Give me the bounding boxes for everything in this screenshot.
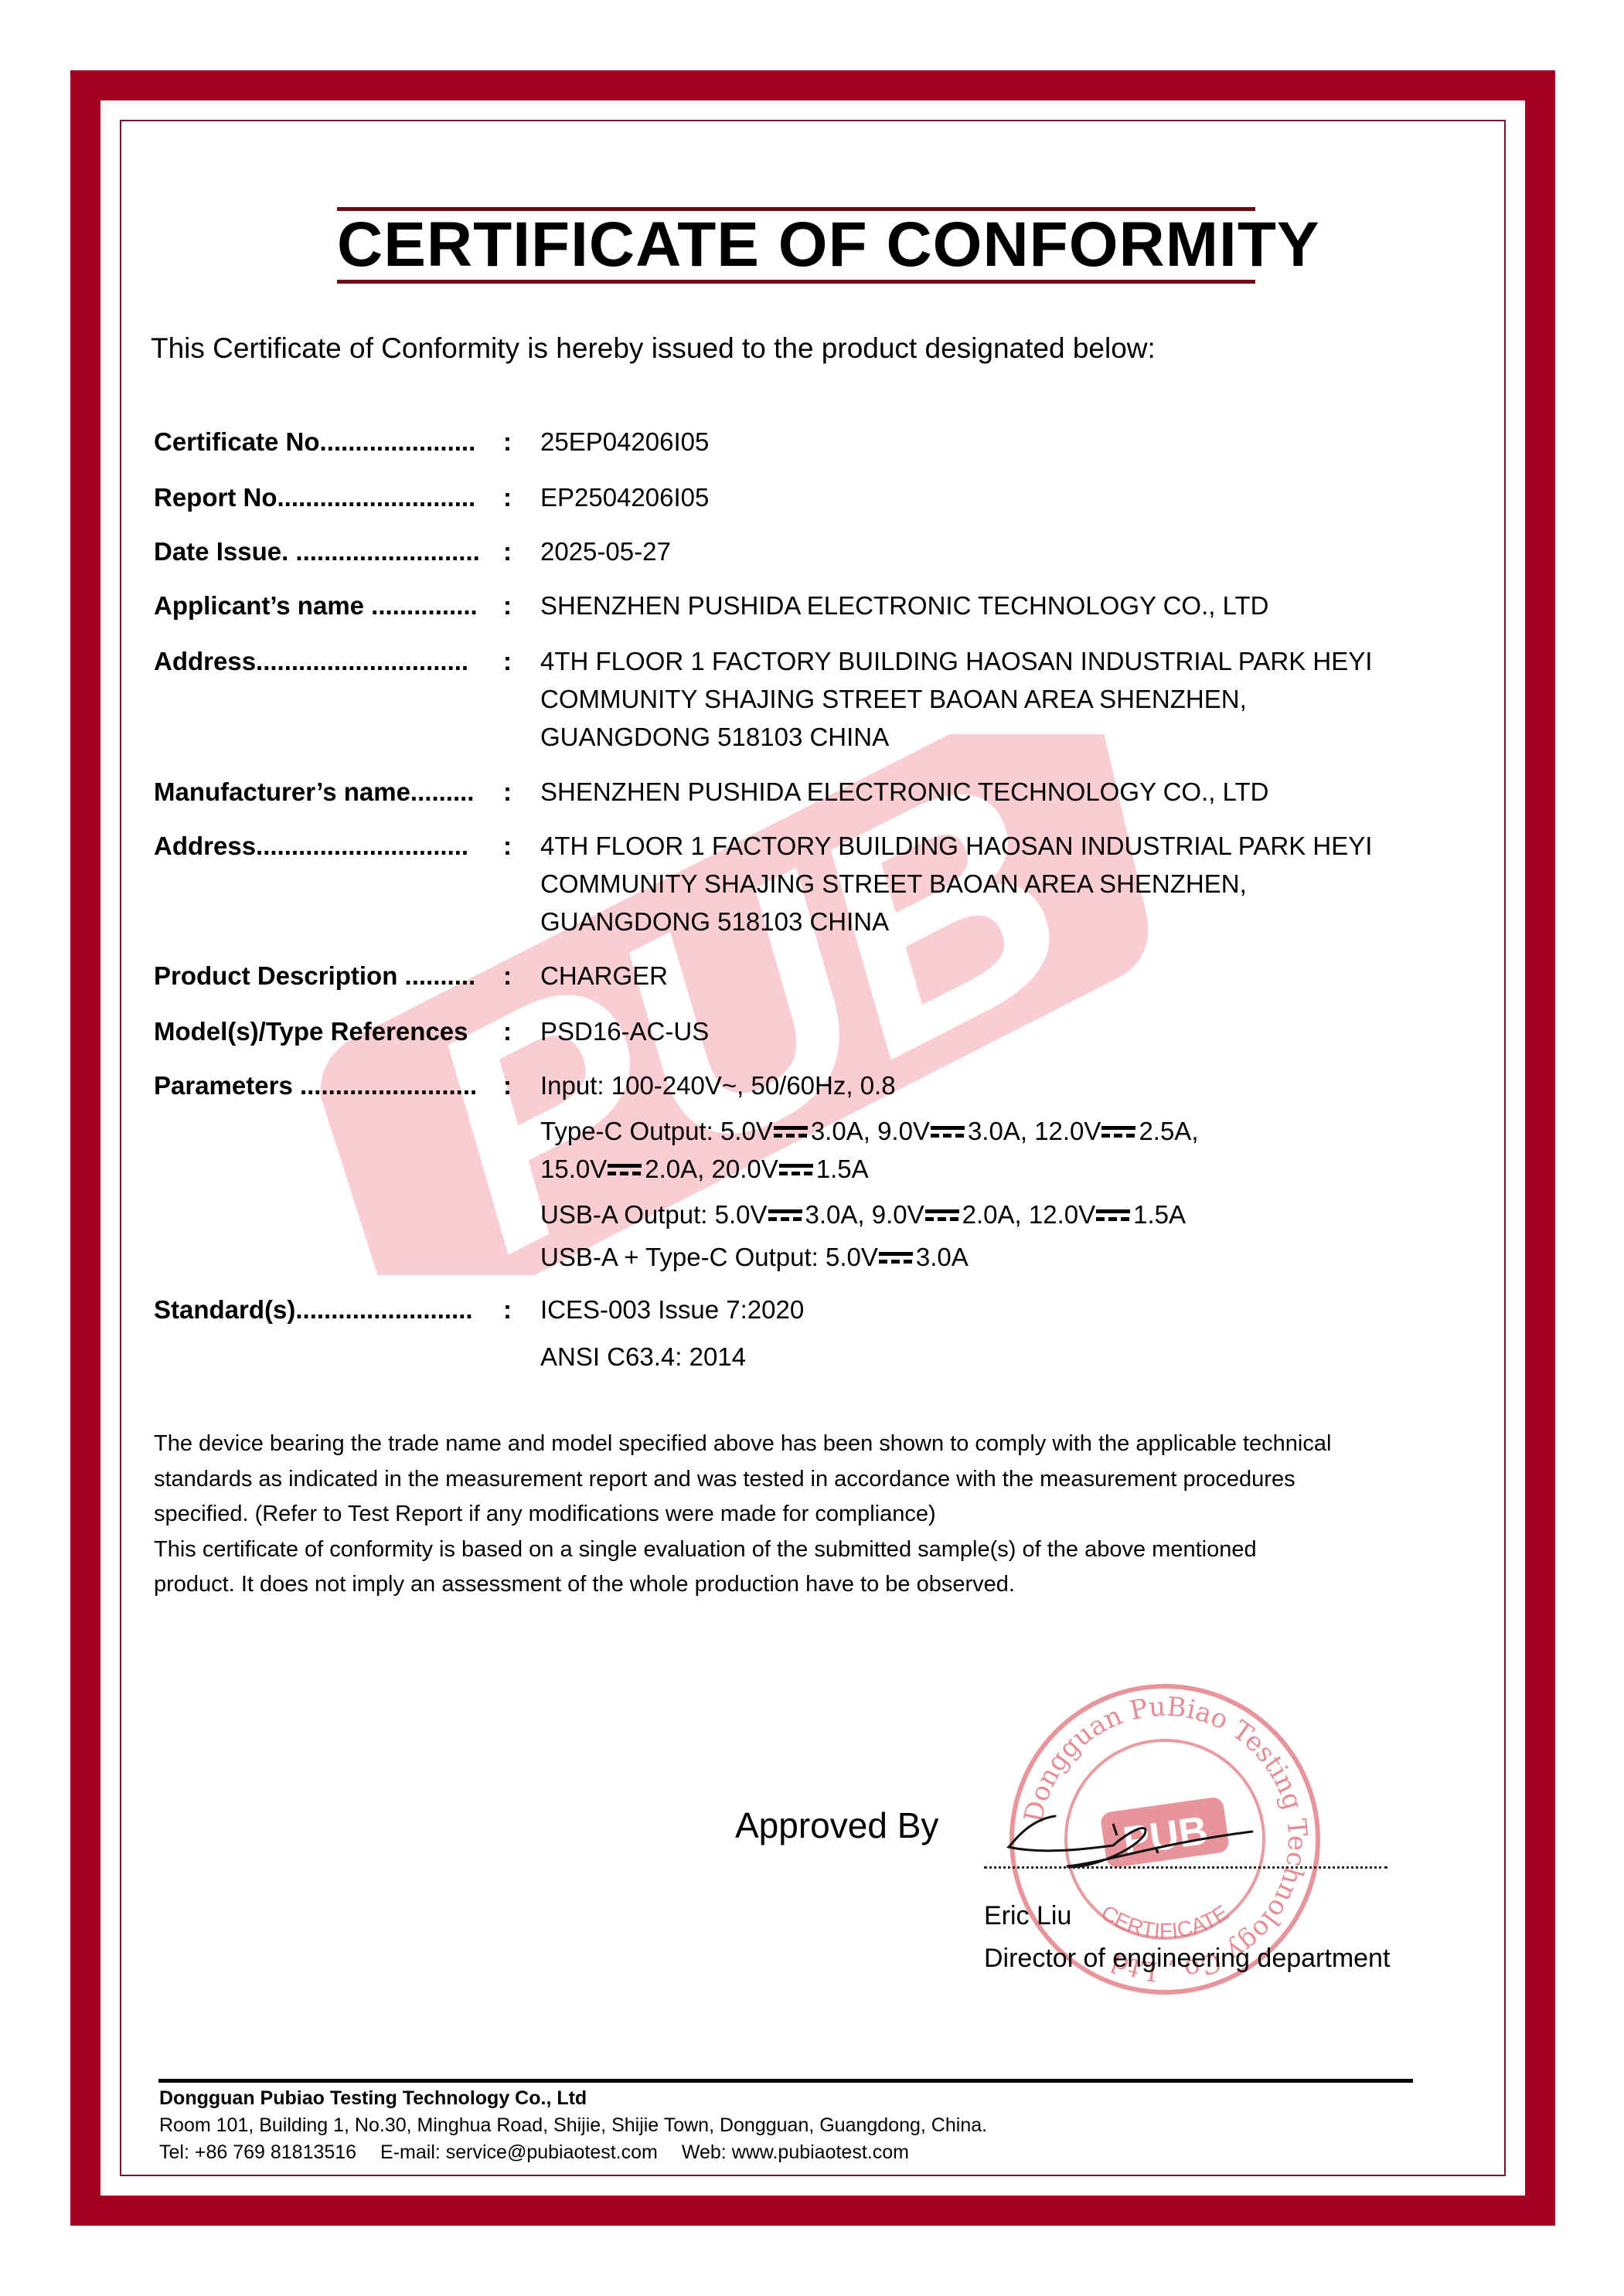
field-value: ICES-003 Issue 7:2020ANSI C63.4: 2014 [540,1291,804,1376]
field-value-line: COMMUNITY SHAJING STREET BAOAN AREA SHEN… [540,680,1372,718]
field-value-line: CHARGER [540,957,668,995]
field-value-line: Input: 100-240V~, 50/60Hz, 0.8 [540,1066,1199,1104]
field-colon: : [503,642,512,680]
footer-company-name: Dongguan Pubiao Testing Technology Co., … [159,2085,987,2112]
field-colon: : [503,478,512,516]
field-colon: : [503,423,512,461]
field-value-line: 4TH FLOOR 1 FACTORY BUILDING HAOSAN INDU… [540,827,1372,865]
field-value: SHENZHEN PUSHIDA ELECTRONIC TECHNOLOGY C… [540,773,1269,811]
field-value: CHARGER [540,957,668,995]
statement-line: This certificate of conformity is based … [154,1532,1452,1568]
signature-line [984,1866,1387,1869]
signer-name: Eric Liu [984,1901,1071,1931]
field-value-line: ICES-003 Issue 7:2020 [540,1291,804,1328]
field-label: Product Description .......... [154,957,509,995]
field-label: Address.............................. [154,827,509,865]
field-label: Manufacturer’s name......... [154,773,509,811]
field-value: 4TH FLOOR 1 FACTORY BUILDING HAOSAN INDU… [540,827,1372,941]
field-colon: : [503,1066,512,1104]
type-c-output-line: Type-C Output: 5.0V3.0A, 9.0V3.0A, 12.0V… [540,1112,1199,1150]
title-block: CERTIFICATE OF CONFORMITY [337,207,1255,284]
field-colon: : [503,957,512,995]
statement-line: specified. (Refer to Test Report if any … [154,1497,1452,1532]
field-colon: : [503,1012,512,1050]
statement-line: The device bearing the trade name and mo… [154,1427,1452,1462]
dc-voltage-icon [931,1126,965,1138]
field-colon: : [503,587,512,624]
field-value-line: 25EP04206I05 [540,423,709,461]
footer-web[interactable]: Web: www.pubiaotest.com [682,2141,909,2163]
field-value-line: COMMUNITY SHAJING STREET BAOAN AREA SHEN… [540,865,1372,903]
field-value-line: SHENZHEN PUSHIDA ELECTRONIC TECHNOLOGY C… [540,773,1269,811]
field-value-line: GUANGDONG 518103 CHINA [540,903,1372,941]
footer-address: Room 101, Building 1, No.30, Minghua Roa… [159,2112,987,2139]
statement-line: standards as indicated in the measuremen… [154,1462,1452,1498]
footer-email[interactable]: E-mail: service@pubiaotest.com [380,2141,658,2163]
dc-voltage-icon [774,1126,808,1138]
field-value-line: 2025-05-27 [540,532,671,570]
field-label: Report No............................ [154,478,509,516]
field-label: Certificate No...................... [154,423,509,461]
approved-by-label: Approved By [735,1804,938,1846]
footer: Dongguan Pubiao Testing Technology Co., … [159,2085,987,2166]
field-label: Applicant’s name ............... [154,587,509,624]
footer-contact: Tel: +86 769 81813516 E-mail: service@pu… [159,2139,987,2166]
field-value: EP2504206I05 [540,478,709,516]
field-value: PSD16-AC-US [540,1012,709,1050]
dc-voltage-icon [608,1164,642,1176]
usb-a-type-c-output-line: USB-A + Type-C Output: 5.0V3.0A [540,1238,1199,1276]
page-title: CERTIFICATE OF CONFORMITY [337,211,1255,280]
signer-title: Director of engineering department [984,1944,1390,1974]
dc-voltage-icon [768,1209,802,1222]
dc-voltage-icon [879,1252,913,1264]
field-colon: : [503,532,512,570]
dc-voltage-icon [925,1209,959,1222]
field-colon: : [503,827,512,865]
field-value-line: 4TH FLOOR 1 FACTORY BUILDING HAOSAN INDU… [540,642,1372,680]
field-label: Parameters ......................... [154,1066,509,1104]
field-value-line: ANSI C63.4: 2014 [540,1338,804,1376]
field-value: 25EP04206I05 [540,423,709,461]
statement-line: product. It does not imply an assessment… [154,1567,1452,1603]
title-bottom-rule [337,280,1255,284]
footer-tel: Tel: +86 769 81813516 [159,2141,356,2163]
type-c-output-line: 15.0V2.0A, 20.0V1.5A [540,1150,1199,1188]
field-value-line: PSD16-AC-US [540,1012,709,1050]
dc-voltage-icon [1101,1126,1135,1138]
field-label: Standard(s)......................... [154,1291,509,1328]
field-value-line: GUANGDONG 518103 CHINA [540,718,1372,756]
compliance-statement: The device bearing the trade name and mo… [154,1427,1452,1603]
usb-a-output-line: USB-A Output: 5.0V3.0A, 9.0V2.0A, 12.0V1… [540,1196,1199,1233]
field-value: 2025-05-27 [540,532,671,570]
dc-voltage-icon [1096,1209,1130,1222]
field-colon: : [503,1291,512,1328]
field-value: Input: 100-240V~, 50/60Hz, 0.8Type-C Out… [540,1066,1199,1276]
field-label: Model(s)/Type References [154,1012,509,1050]
field-value-line: EP2504206I05 [540,478,709,516]
field-value: 4TH FLOOR 1 FACTORY BUILDING HAOSAN INDU… [540,642,1372,756]
dc-voltage-icon [779,1164,813,1176]
field-label: Date Issue. .......................... [154,532,509,570]
field-colon: : [503,773,512,811]
field-label: Address.............................. [154,642,509,680]
field-value-line: SHENZHEN PUSHIDA ELECTRONIC TECHNOLOGY C… [540,587,1269,624]
field-value: SHENZHEN PUSHIDA ELECTRONIC TECHNOLOGY C… [540,587,1269,624]
intro-text: This Certificate of Conformity is hereby… [151,332,1156,365]
footer-rule [158,2079,1413,2083]
